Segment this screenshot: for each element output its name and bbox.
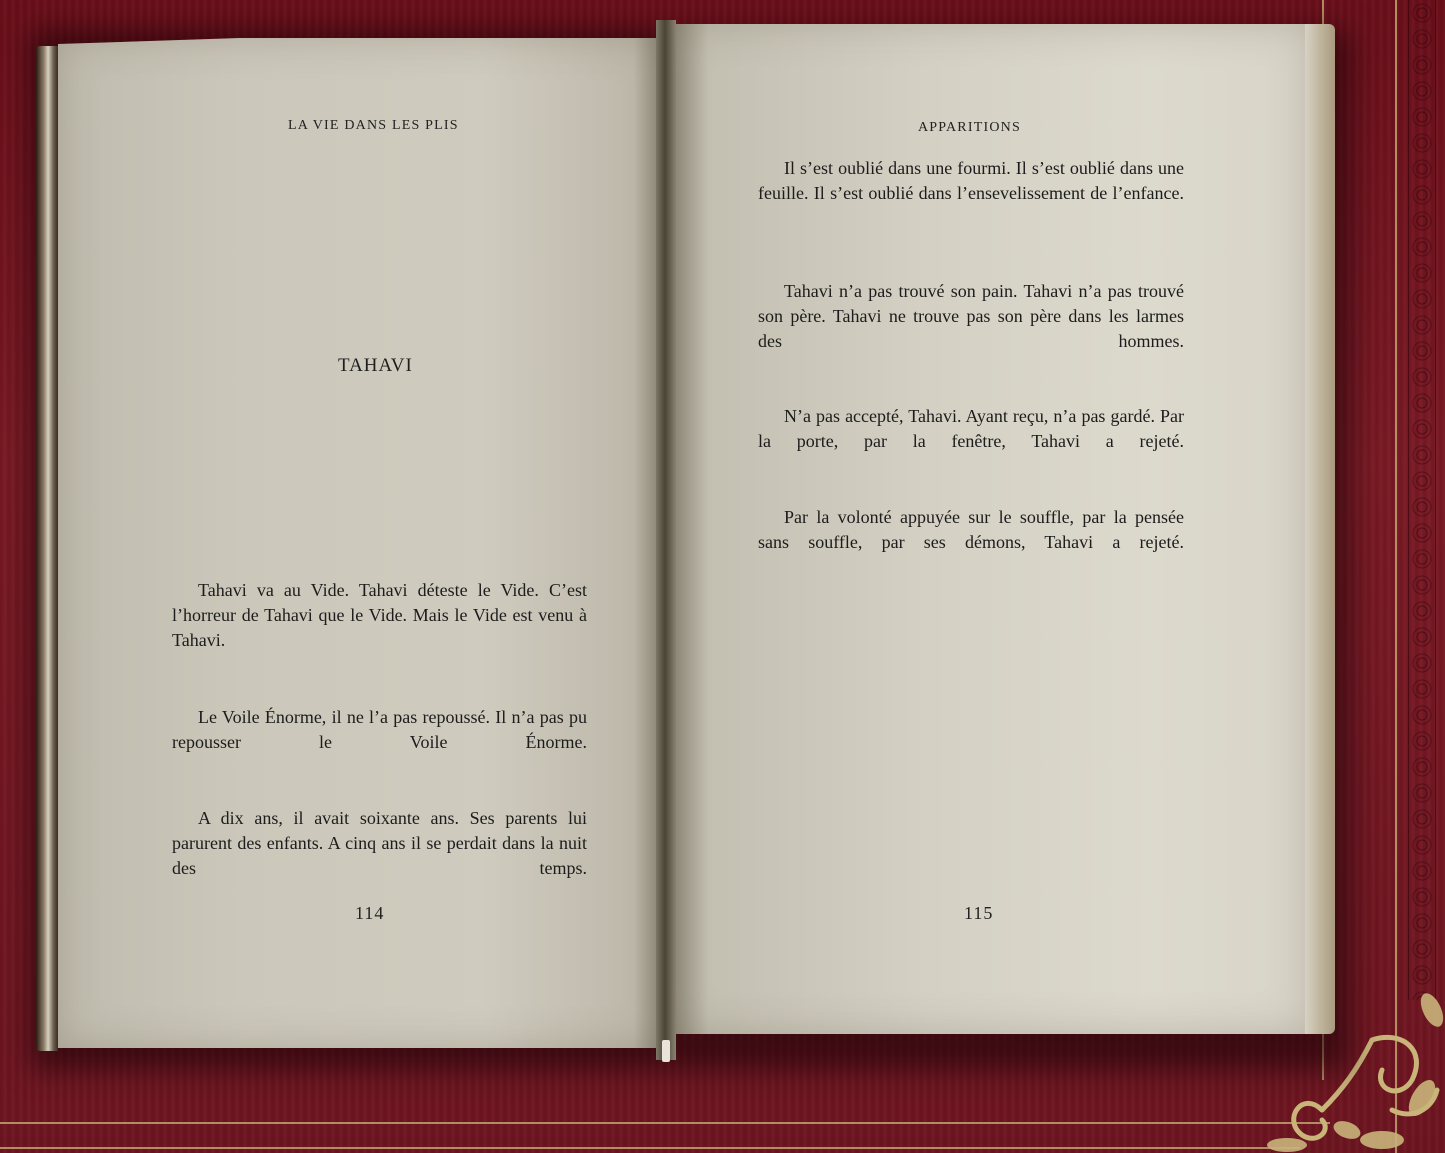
gilt-rule-horizontal-2: [0, 1147, 1300, 1149]
paragraph: Il s’est oublié dans une fourmi. Il s’es…: [758, 156, 1184, 231]
paragraph: Par la volonté appuyée sur le souffle, p…: [758, 505, 1184, 580]
page-number-right: 115: [964, 903, 993, 924]
headband-tab: [662, 1040, 670, 1062]
running-head-left: LA VIE DANS LES PLIS: [288, 118, 459, 134]
paragraph: N’a pas accepté, Tahavi. Ayant reçu, n’a…: [758, 404, 1184, 479]
paragraph: Tahavi va au Vide. Tahavi déteste le Vid…: [172, 578, 587, 678]
book-fore-edge-left: [36, 46, 58, 1051]
book-fore-edge-right: [1305, 24, 1335, 1034]
paragraph: A dix ans, il avait soixante ans. Ses pa…: [172, 806, 587, 906]
paragraph: Le Voile Énorme, il ne l’a pas repoussé.…: [172, 705, 587, 780]
page-number-left: 114: [355, 903, 384, 924]
running-head-right: APPARITIONS: [918, 120, 1021, 136]
gilt-rule-horizontal-1: [0, 1122, 1330, 1124]
chapter-title: TAHAVI: [338, 355, 413, 377]
blind-tooled-roll-border: [1408, 0, 1436, 1000]
book-gutter: [656, 20, 676, 1060]
paragraph: Tahavi n’a pas trouvé son pain. Tahavi n…: [758, 279, 1184, 379]
